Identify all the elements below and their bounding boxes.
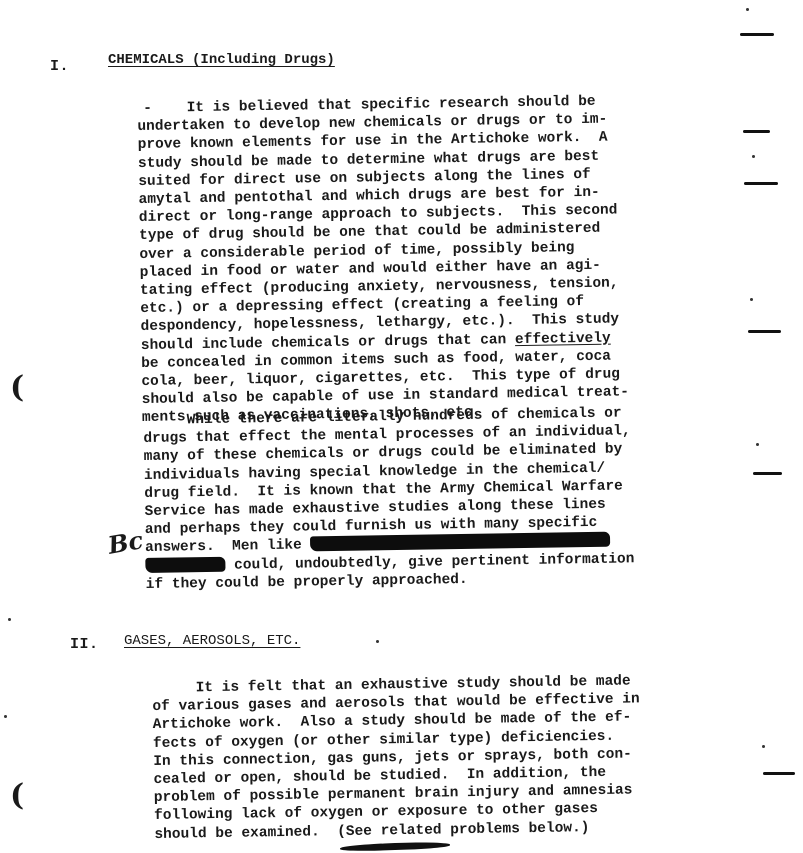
scan-speck — [8, 618, 11, 621]
scan-speck — [376, 640, 379, 643]
redaction-bar — [145, 556, 225, 572]
margin-bracket: ( — [10, 370, 24, 405]
section-2-paragraph-1: It is felt that an exhaustive study shou… — [152, 672, 642, 843]
margin-rule — [744, 182, 778, 185]
margin-rule — [753, 472, 782, 475]
margin-rule — [748, 330, 781, 333]
section-1-paragraph-1: - It is believed that specific research … — [137, 92, 629, 427]
section-1-number: I. — [50, 58, 69, 75]
scan-speck — [752, 155, 755, 158]
margin-rule — [740, 33, 774, 36]
scan-speck — [4, 715, 7, 718]
scan-speck — [750, 298, 753, 301]
ink-smudge — [340, 841, 450, 852]
underlined-word: effectively — [515, 330, 611, 348]
section-2-title: GASES, AEROSOLS, ETC. — [124, 633, 300, 649]
text-segment: answers. Men like — [145, 538, 311, 557]
margin-rule — [743, 130, 770, 133]
document-page: I. CHEMICALS (Including Drugs) - It is b… — [0, 0, 803, 853]
handwritten-annotation: Bc — [106, 525, 145, 560]
margin-bracket: ( — [10, 778, 24, 813]
scan-speck — [746, 8, 749, 11]
scan-speck — [756, 443, 759, 446]
margin-rule — [763, 772, 795, 775]
scan-speck — [762, 745, 765, 748]
section-2-number: II. — [70, 636, 99, 653]
section-1-title: CHEMICALS (Including Drugs) — [108, 52, 335, 68]
section-1-paragraph-2: While there are literally hundreds of ch… — [143, 404, 635, 594]
